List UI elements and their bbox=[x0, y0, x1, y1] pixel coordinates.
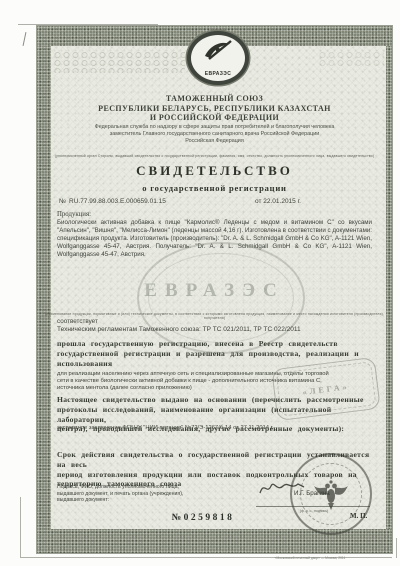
signature-line bbox=[256, 506, 370, 507]
signature-note: Подпись, ФИО, должность уполномоченного … bbox=[57, 484, 235, 504]
crop-mark-top bbox=[18, 24, 158, 25]
eurasec-swoosh-icon bbox=[202, 39, 234, 61]
signatory-name: И.Г. Брагина bbox=[294, 490, 330, 497]
certificate-subtitle: о государственной регистрации bbox=[37, 183, 392, 193]
header-republics: РЕСПУБЛИКИ БЕЛАРУСЬ, РЕСПУБЛИКИ КАЗАХСТА… bbox=[37, 104, 392, 113]
guilloche-ornament-left bbox=[53, 51, 185, 73]
eurasec-logo: ЕВРАЗЭС bbox=[187, 31, 249, 85]
crop-mark-right bbox=[396, 538, 397, 558]
printer-caption: «Московский печатный двор» — Москва, 201… bbox=[228, 556, 392, 560]
expert-conclusion: экспертное заключение ФГБНУ "НИИ питания… bbox=[57, 425, 372, 432]
seal-place-label: М. П. bbox=[350, 512, 367, 520]
guilloche-ornament-right bbox=[318, 51, 384, 67]
fio-caption: (ф. и. о., подпись) bbox=[264, 509, 364, 513]
agency-line-3: Российская Федерация bbox=[37, 138, 392, 144]
crop-mark-tick bbox=[23, 32, 27, 46]
registration-date: от 22.01.2015 г. bbox=[255, 198, 301, 205]
number-label: № bbox=[59, 198, 66, 205]
header-federation: И РОССИЙСКОЙ ФЕДЕРАЦИИ bbox=[37, 113, 392, 122]
header-customs-union: ТАМОЖЕННЫЙ СОЮЗ bbox=[37, 94, 392, 103]
blank-number: №0259818 bbox=[137, 513, 269, 523]
certificate-title: СВИДЕТЕЛЬСТВО bbox=[37, 163, 392, 179]
scanned-certificate-page: ЕВРАЗЭС ТАМОЖЕННЫЙ СОЮЗ РЕСПУБЛИКИ БЕЛАР… bbox=[0, 0, 400, 566]
crop-mark-left bbox=[20, 497, 21, 557]
header-fine-print: (уполномоченный орган Стороны, выдавший … bbox=[37, 154, 392, 158]
product-label: Продукция: bbox=[57, 211, 372, 218]
eurasec-logo-label: ЕВРАЗЭС bbox=[191, 71, 245, 77]
registration-number: RU.77.99.88.003.E.000659.01.15 bbox=[69, 198, 166, 205]
agency-line-1: Федеральная служба по надзору в сфере за… bbox=[37, 124, 392, 130]
certificate-document: ЕВРАЗЭС ТАМОЖЕННЫЙ СОЮЗ РЕСПУБЛИКИ БЕЛАР… bbox=[37, 26, 392, 553]
compliance-word: соответствует bbox=[57, 318, 372, 325]
technical-regulations: Техническим регламентам Таможенного союз… bbox=[57, 326, 372, 333]
eurasec-watermark-text: ЕВРАЗЭС bbox=[37, 280, 392, 302]
agency-line-2: заместитель Главного государственного са… bbox=[37, 131, 392, 137]
